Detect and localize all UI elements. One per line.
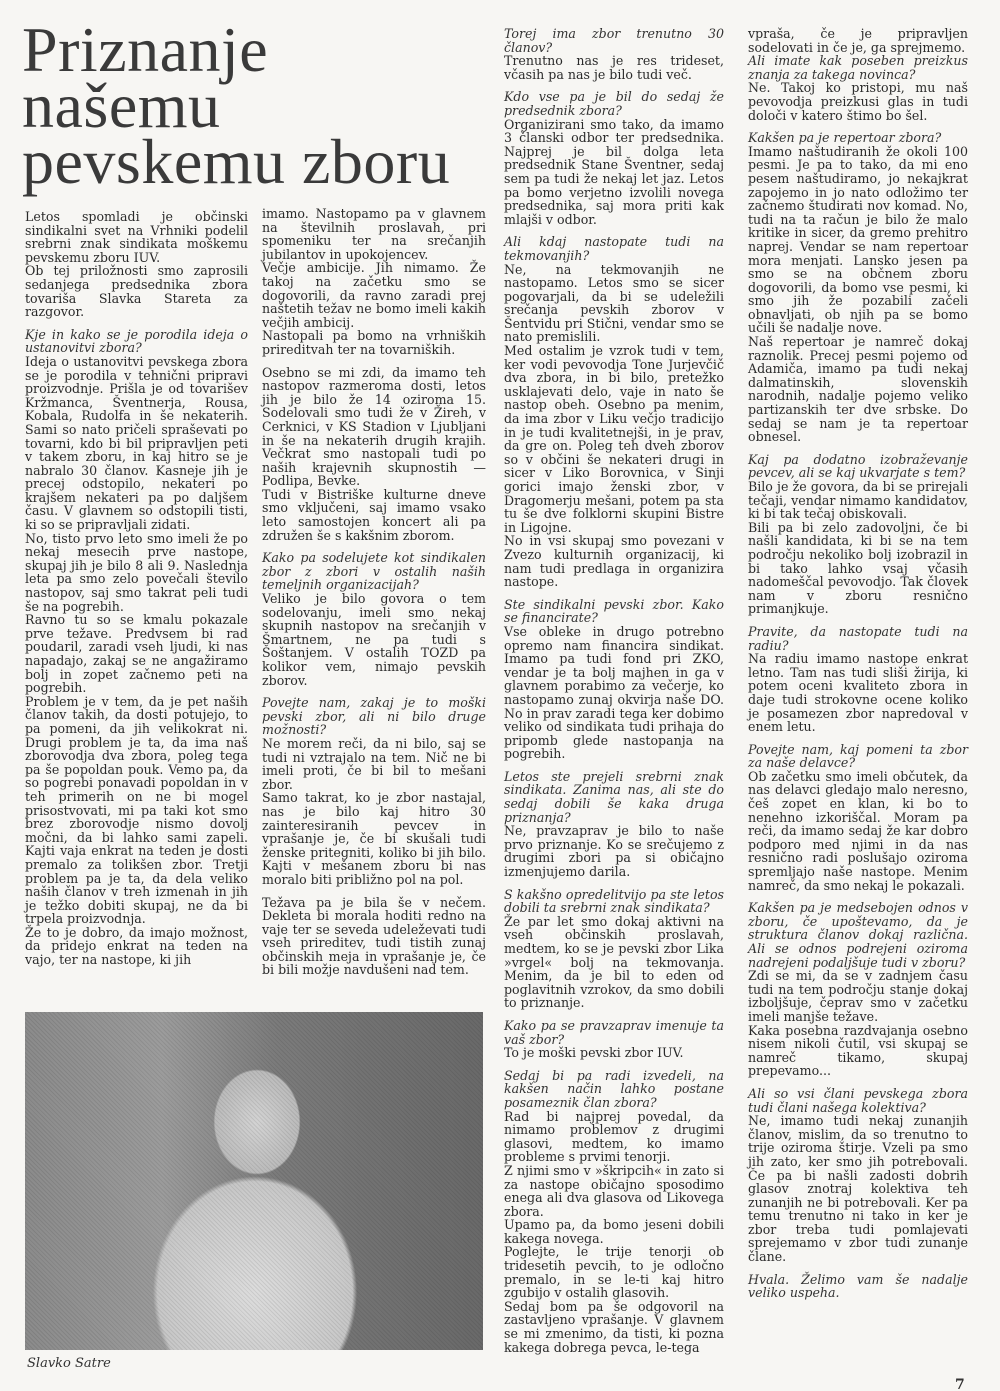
interview-question: Kdo vse pa je bil do sedaj že predsednik…	[504, 90, 724, 117]
interview-question: Kakšen pa je repertoar zbora?	[748, 131, 968, 145]
interview-paragraph: Rad bi najprej povedal, da nimamo proble…	[504, 1110, 724, 1164]
interview-paragraph: Ne, pravzaprav je bilo to naše prvo priz…	[504, 824, 724, 878]
article-title: Priznanje našemu pevskemu zboru	[22, 22, 450, 190]
interview-paragraph: Ne, na tekmovanjih ne nastopamo. Letos s…	[504, 263, 724, 345]
interview-question: Kaj pa dodatno izobraževanje pevcev, ali…	[748, 453, 968, 480]
interview-paragraph: Bilo je že govora, da bi se prirejali te…	[748, 480, 968, 521]
interview-paragraph: Problem je v tem, da je pet naših članov…	[25, 695, 248, 926]
interview-question: Kako pa se pravzaprav imenuje ta vaš zbo…	[504, 1019, 724, 1046]
interview-paragraph: Ob začetku smo imeli občutek, da nas del…	[748, 770, 968, 892]
interview-paragraph: Zdi se mi, da se v zadnjem času tudi na …	[748, 969, 968, 1023]
interview-paragraph: Bili pa bi zelo zadovoljni, če bi našli …	[748, 521, 968, 616]
interview-paragraph: Organizirani smo tako, da imamo 3 člansk…	[504, 118, 724, 227]
interview-question: Povejte nam, zakaj je to moški pevski zb…	[262, 696, 486, 737]
interview-paragraph: Samo takrat, ko je zbor nastajal, nas je…	[262, 791, 486, 886]
interview-paragraph: Ravno tu so se kmalu pokazale prve težav…	[25, 613, 248, 695]
interview-paragraph: Veliko je bilo govora o tem sodelovanju,…	[262, 592, 486, 687]
interview-paragraph: Ne. Takoj ko pristopi, mu naš pevovodja …	[748, 81, 968, 122]
interview-paragraph: Nastopali pa bomo na vrhniških prireditv…	[262, 329, 486, 356]
page-number: 7	[955, 1377, 965, 1391]
portrait-photo	[25, 1012, 483, 1350]
article-column-2: imamo. Nastopamo pa v glavnem na številn…	[262, 207, 486, 977]
interview-paragraph: imamo. Nastopamo pa v glavnem na številn…	[262, 207, 486, 261]
interview-paragraph: Med ostalim je vzrok tudi v tem, ker vod…	[504, 344, 724, 534]
interview-paragraph: Ne, imamo tudi nekaj zunanjih članov, mi…	[748, 1114, 968, 1264]
interview-paragraph: Upamo pa, da bomo jeseni dobili kakega n…	[504, 1218, 724, 1245]
interview-question: Hvala. Želimo vam še nadalje veliko uspe…	[748, 1273, 968, 1300]
interview-paragraph: Težava pa je bila še v nečem. Dekleta bi…	[262, 896, 486, 978]
interview-question: Ali imate kak poseben preizkus znanja za…	[748, 54, 968, 81]
interview-paragraph: Že par let smo dokaj aktivni na vseh obč…	[504, 915, 724, 1010]
article-column-4: vpraša, če je pripravljen sodelovati in …	[748, 27, 968, 1300]
interview-paragraph: Že to je dobro, da imajo možnost, da pri…	[25, 926, 248, 967]
interview-paragraph: Vse obleke in drugo potrebno opremo nam …	[504, 625, 724, 761]
interview-paragraph: Naš repertoar je namreč dokaj raznolik. …	[748, 335, 968, 444]
photo-caption: Slavko Satre	[27, 1356, 111, 1371]
interview-question: Ali kdaj nastopate tudi na tekmovanjih?	[504, 235, 724, 262]
interview-question: Povejte nam, kaj pomeni ta zbor za naše …	[748, 743, 968, 770]
interview-paragraph: Trenutno nas je res trideset, včasih pa …	[504, 54, 724, 81]
interview-paragraph: Večje ambicije. Jih nimamo. Že takoj na …	[262, 261, 486, 329]
interview-question: Kje in kako se je porodila ideja o ustan…	[25, 328, 248, 355]
interview-paragraph: Imamo naštudiranih že okoli 100 pesmi. J…	[748, 145, 968, 335]
interview-paragraph: Na radiu imamo nastope enkrat letno. Tam…	[748, 652, 968, 734]
article-column-1: Letos spomladi je občinski sindikalni sv…	[25, 210, 248, 967]
interview-paragraph: vpraša, če je pripravljen sodelovati in …	[748, 27, 968, 54]
interview-paragraph: Ne morem reči, da ni bilo, saj se tudi n…	[262, 737, 486, 791]
interview-question: Torej ima zbor trenutno 30 članov?	[504, 27, 724, 54]
interview-paragraph: Ideja o ustanovitvi pevskega zbora se je…	[25, 355, 248, 532]
interview-question: Sedaj bi pa radi izvedeli, na kakšen nač…	[504, 1069, 724, 1110]
interview-paragraph: Letos spomladi je občinski sindikalni sv…	[25, 210, 248, 264]
interview-question: S kakšno opredelitvijo pa ste letos dobi…	[504, 888, 724, 915]
interview-paragraph: Poglejte, le trije tenorji ob tridesetih…	[504, 1245, 724, 1299]
interview-paragraph: Kaka posebna razdvajanja osebno nisem ni…	[748, 1024, 968, 1078]
interview-paragraph: Osebno se mi zdi, da imamo teh nastopov …	[262, 366, 486, 488]
interview-question: Pravite, da nastopate tudi na radiu?	[748, 625, 968, 652]
interview-paragraph: Ob tej priložnosti smo zaprosili sedanje…	[25, 264, 248, 318]
interview-question: Letos ste prejeli srebrni znak sindikata…	[504, 770, 724, 824]
interview-paragraph: Z njimi smo v »škripcih« in zato si za n…	[504, 1164, 724, 1218]
interview-question: Ste sindikalni pevski zbor. Kako se fina…	[504, 598, 724, 625]
interview-paragraph: To je moški pevski zbor IUV.	[504, 1046, 724, 1060]
interview-paragraph: Sedaj bom pa še odgovoril na zastavljeno…	[504, 1300, 724, 1354]
interview-paragraph: Tudi v Bistriške kulturne dneve smo vklj…	[262, 488, 486, 542]
interview-paragraph: No in vsi skupaj smo povezani v Zvezo ku…	[504, 534, 724, 588]
title-line-3: pevskemu zboru	[22, 126, 450, 197]
interview-question: Ali so vsi člani pevskega zbora tudi čla…	[748, 1087, 968, 1114]
interview-question: Kakšen pa je medsebojen odnos v zboru, č…	[748, 901, 968, 969]
article-column-3: Torej ima zbor trenutno 30 članov?Trenut…	[504, 27, 724, 1354]
interview-question: Kako pa sodelujete kot sindikalen zbor z…	[262, 551, 486, 592]
interview-paragraph: No, tisto prvo leto smo imeli že po neka…	[25, 532, 248, 614]
